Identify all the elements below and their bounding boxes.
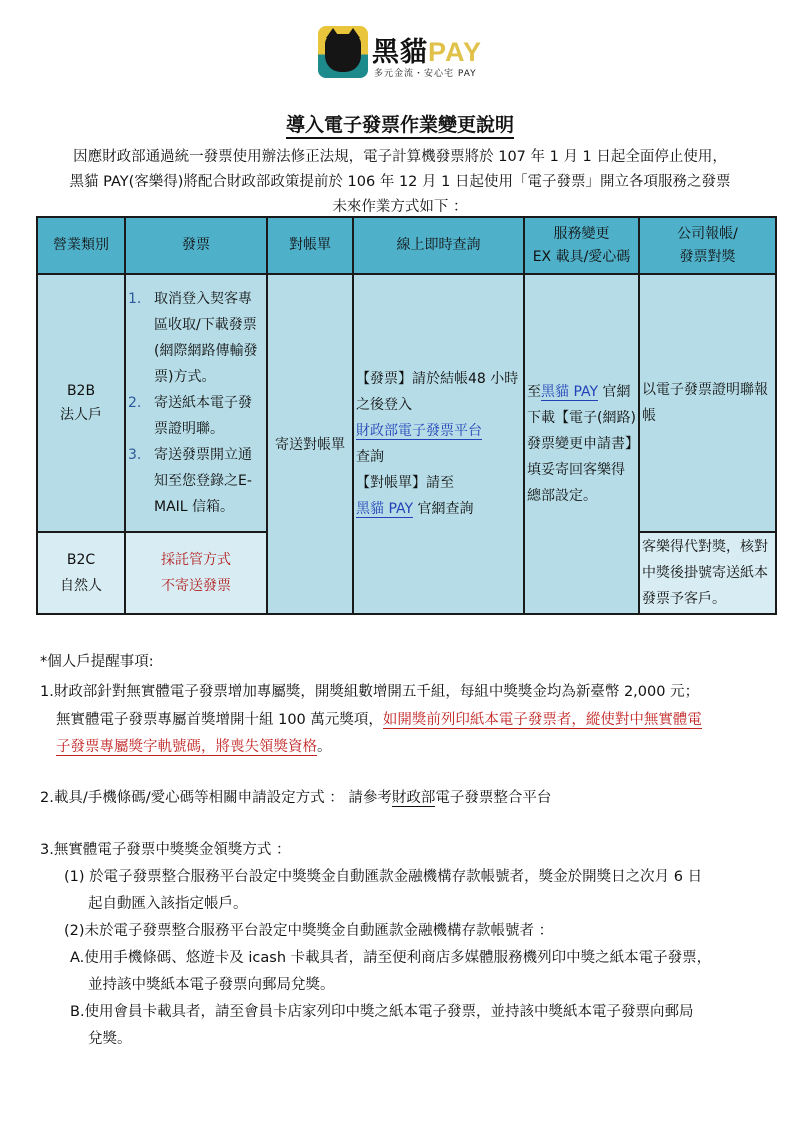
note-3-sub1-line2: 起自動匯入該指定帳戶。 bbox=[88, 892, 248, 913]
brand-tagline: 多元金流・安心宅 PAY bbox=[374, 66, 477, 79]
note-1-line-1: 1.財政部針對無實體電子發票增加專屬獎，開獎組數增開五千組，每組中獎獎金均為新臺… bbox=[40, 680, 699, 701]
note-2: 2.載具/手機條碼/愛心碼等相關申請設定方式 ： 請參考財政部電子發票整合平台 bbox=[40, 786, 551, 807]
list-item: 3.寄送發票開立通知至您登錄之E-MAIL 信箱。 bbox=[128, 442, 262, 520]
page-title: 導入電子發票作業變更說明 bbox=[0, 110, 800, 137]
header-statement: 對帳單 bbox=[267, 217, 353, 274]
blackcat-pay-site-link[interactable]: 黑貓 PAY bbox=[541, 384, 598, 401]
intro-line-3: 未來作業方式如下 ： bbox=[0, 195, 800, 216]
header-category: 營業類別 bbox=[37, 217, 125, 274]
header-service-change: 服務變更EX 載具/愛心碼 bbox=[524, 217, 639, 274]
online-query-cell: 【發票】請於結帳48 小時之後登入 財政部電子發票平台 查詢 【對帳單】請至 黑… bbox=[353, 274, 524, 614]
brand-logo: 黑貓PAY 多元金流・安心宅 PAY bbox=[318, 26, 498, 82]
list-item: 1.取消登入契客專區收取/下載發票(網際網路傳輸發票)方式。 bbox=[128, 286, 262, 390]
header-reporting: 公司報帳/發票對獎 bbox=[639, 217, 776, 274]
intro-line-1: 因應財政部通過統一發票使用辦法修正法規，電子計算機發票將於 107 年 1 月 … bbox=[0, 145, 800, 166]
cat-logo-icon bbox=[318, 26, 368, 78]
b2c-reporting: 客樂得代對獎，核對中獎後掛號寄送紙本發票予客戶。 bbox=[639, 532, 776, 614]
header-invoice: 發票 bbox=[125, 217, 267, 274]
service-change-cell: 至黑貓 PAY 官網下載【電子(網路)發票變更申請書】填妥寄回客樂得總部設定。 bbox=[524, 274, 639, 614]
note-1-line-2: 無實體電子發票專屬首獎增開十組 100 萬元獎項，如開獎前列印紙本電子發票者，縱… bbox=[56, 708, 702, 729]
b2b-category: B2B 法人戶 bbox=[37, 274, 125, 532]
table-header-row: 營業類別 發票 對帳單 線上即時查詢 服務變更EX 載具/愛心碼 公司報帳/發票… bbox=[37, 217, 776, 274]
b2c-invoice: 採託管方式 不寄送發票 bbox=[125, 532, 267, 614]
note-3-sub2: (2)未於電子發票整合服務平台設定中獎獎金自動匯款金融機構存款帳號者 ： bbox=[64, 919, 553, 940]
table-row-b2b: B2B 法人戶 1.取消登入契客專區收取/下載發票(網際網路傳輸發票)方式。 2… bbox=[37, 274, 776, 532]
note-3-subB-line1: B.使用會員卡載具者，請至會員卡店家列印中獎之紙本電子發票，並持該中獎紙本電子發… bbox=[70, 1000, 694, 1021]
note-3-heading: 3.無實體電子發票中獎獎金領獎方式 ： bbox=[40, 838, 290, 859]
header-online-query: 線上即時查詢 bbox=[353, 217, 524, 274]
blackcat-pay-link[interactable]: 黑貓 PAY bbox=[356, 501, 413, 518]
note-3-subA-line1: A.使用手機條碼、悠遊卡及 icash 卡載具者，請至便利商店多媒體服務機列印中… bbox=[70, 946, 711, 967]
statement-cell: 寄送對帳單 bbox=[267, 274, 353, 614]
b2c-category: B2C 自然人 bbox=[37, 532, 125, 614]
mof-einvoice-platform-link[interactable]: 財政部電子發票平台 bbox=[356, 423, 482, 440]
mof-link[interactable]: 財政部 bbox=[392, 790, 436, 807]
notes-heading: *個人戶提醒事項: bbox=[40, 650, 154, 671]
note-3-subB-line2: 兌獎。 bbox=[88, 1027, 132, 1048]
invoice-change-table: 營業類別 發票 對帳單 線上即時查詢 服務變更EX 載具/愛心碼 公司報帳/發票… bbox=[36, 216, 777, 615]
note-1-line-3: 子發票專屬獎字軌號碼，將喪失領獎資格。 bbox=[56, 735, 332, 756]
brand-name: 黑貓PAY bbox=[372, 30, 482, 69]
note-3-subA-line2: 並持該中獎紙本電子發票向郵局兌獎。 bbox=[88, 973, 335, 994]
note-3-sub1-line1: (1) 於電子發票整合服務平台設定中獎獎金自動匯款金融機構存款帳號者，獎金於開獎… bbox=[64, 865, 702, 886]
list-item: 2.寄送紙本電子發票證明聯。 bbox=[128, 390, 262, 442]
intro-line-2: 黑貓 PAY(客樂得)將配合財政部政策提前於 106 年 12 月 1 日起使用… bbox=[0, 170, 800, 191]
b2b-reporting: 以電子發票證明聯報帳 bbox=[639, 274, 776, 532]
b2b-invoice: 1.取消登入契客專區收取/下載發票(網際網路傳輸發票)方式。 2.寄送紙本電子發… bbox=[125, 274, 267, 532]
